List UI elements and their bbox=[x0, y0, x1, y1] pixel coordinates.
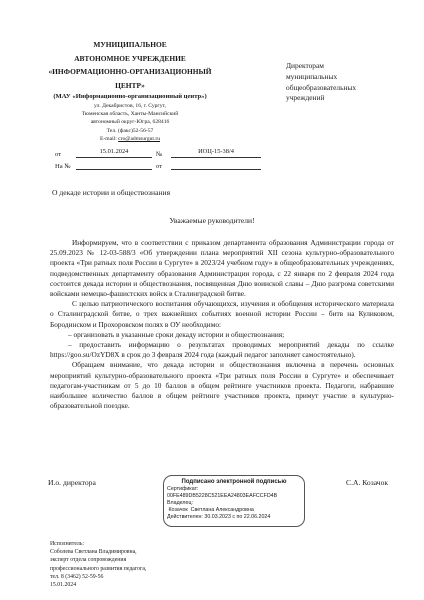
executor-line: профессионального развития педагога, bbox=[50, 565, 146, 573]
number-label: № bbox=[156, 151, 162, 158]
stamp-cert-label: Сертификат: bbox=[167, 486, 301, 493]
org-phone: Тел. (факс)52-56-57 bbox=[40, 127, 220, 135]
document-date: 15.01.2024 bbox=[76, 148, 152, 158]
executor-block: Исполнитель: Соболева Светлана Владимиро… bbox=[50, 540, 146, 589]
recipient-line: Директорам bbox=[286, 61, 416, 72]
organization-header: МУНИЦИПАЛЬНОЕ АВТОНОМНОЕ УЧРЕЖДЕНИЕ «ИНФ… bbox=[40, 38, 220, 143]
email-label: E-mail: bbox=[100, 136, 118, 142]
ref-number-label: На № bbox=[55, 163, 71, 170]
document-subject: О декаде истории и обществознания bbox=[52, 188, 170, 197]
executor-line: Исполнитель: bbox=[50, 540, 146, 548]
org-email-line: E-mail: cro@admsurgut.ru bbox=[40, 135, 220, 143]
org-address-line: ул. Декабристов, 16, г. Сургут, bbox=[40, 102, 220, 110]
stamp-cert-value: 00FE489DB5228C521EEA24803EAFCCFD4B bbox=[167, 493, 301, 500]
from-label: от bbox=[55, 151, 61, 158]
body-closing-paragraph: Обращаем внимание, что декада истории и … bbox=[50, 360, 394, 411]
body-paragraph: Информируем, что в соответствии с приказ… bbox=[50, 238, 394, 299]
ref-number-field bbox=[76, 160, 152, 170]
org-name-line: АВТОНОМНОЕ УЧРЕЖДЕНИЕ bbox=[40, 52, 220, 66]
stamp-title: Подписано электронной подписью bbox=[167, 478, 301, 486]
org-address-line: Тюменская область, Ханты-Мансийский bbox=[40, 110, 220, 118]
signer-position: И.о. директора bbox=[48, 478, 96, 487]
org-name-line: МУНИЦИПАЛЬНОЕ bbox=[40, 38, 220, 52]
body-list-item: – предоставить информацию о результатах … bbox=[50, 340, 394, 360]
org-name-line: ЦЕНТР» bbox=[40, 79, 220, 93]
org-short-name: (МАУ «Информационно-организационный цент… bbox=[20, 92, 240, 102]
registration-block: от 15.01.2024 № ИОЦ-15-38/4 На № от bbox=[0, 148, 424, 178]
executor-line: эксперт отдела сопровождения bbox=[50, 556, 146, 564]
letter-body: Информируем, что в соответствии с приказ… bbox=[50, 238, 394, 411]
executor-phone: тел. 8 (3462) 52-59-56 bbox=[50, 573, 146, 581]
ref-from-label: от bbox=[156, 163, 162, 170]
org-address-line: автономный округ-Югра, 628416 bbox=[40, 118, 220, 126]
recipient-line: общеобразовательных bbox=[286, 83, 416, 94]
e-signature-stamp: Подписано электронной подписью Сертифика… bbox=[163, 475, 305, 527]
greeting: Уважаемые руководители! bbox=[0, 216, 424, 225]
signer-name: С.А. Козачок bbox=[346, 478, 388, 487]
executor-line: Соболева Светлана Владимировна, bbox=[50, 548, 146, 556]
recipient-block: Директорам муниципальных общеобразовател… bbox=[286, 61, 416, 104]
body-list-item: – организовать в указанные сроки декаду … bbox=[50, 330, 394, 340]
recipient-line: учреждений bbox=[286, 93, 416, 104]
executor-date: 15.01.2024 bbox=[50, 581, 146, 589]
stamp-owner-label: Владелец: bbox=[167, 500, 301, 507]
email-link[interactable]: cro@admsurgut.ru bbox=[118, 136, 160, 142]
ref-date-field bbox=[171, 160, 261, 170]
body-paragraph: С целью патриотического воспитания обуча… bbox=[50, 299, 394, 330]
stamp-validity: Действителен: 30.03.2023 с по 22.06.2024 bbox=[167, 514, 301, 521]
recipient-line: муниципальных bbox=[286, 72, 416, 83]
org-name-line: «ИНФОРМАЦИОННО-ОРГАНИЗАЦИОННЫЙ bbox=[20, 65, 240, 79]
document-number: ИОЦ-15-38/4 bbox=[171, 148, 261, 158]
stamp-owner-value: Козачок Светлана Александровна bbox=[167, 507, 301, 514]
